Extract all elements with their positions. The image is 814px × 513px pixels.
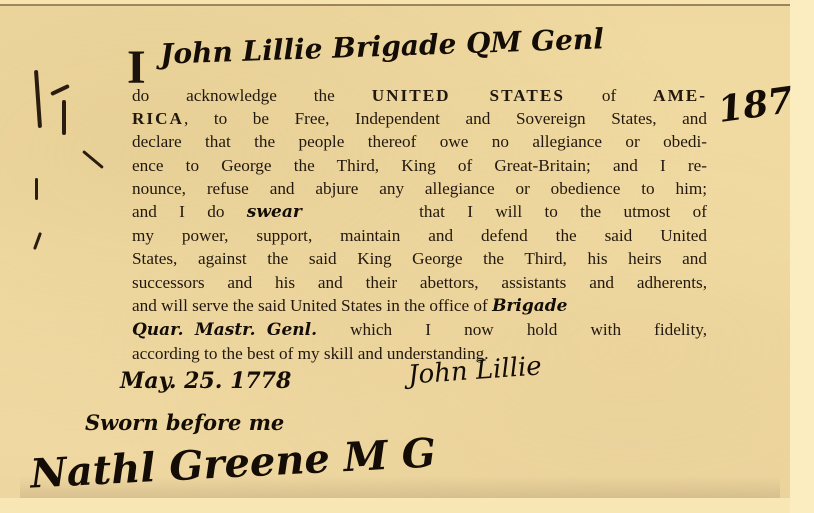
margin-ink-mark [35,178,38,200]
oath-text: do acknowledge the UNITED STATES of AME-… [132,84,707,365]
oath-line: successors and his and their abettors, a… [132,271,707,294]
oath-line: ence to George the Third, King of Great-… [132,154,707,177]
oath-line: do acknowledge the UNITED STATES of AME- [132,84,707,107]
date: May. 25. 1778 [120,368,291,394]
sworn-before-text: Sworn before me [85,410,284,435]
oath-line: Quar. Mastr. Genl. which I now hold with… [132,318,707,342]
oath-line: and I do swear that I will to the utmost… [132,200,707,224]
oath-line: my power, support, maintain and defend t… [132,224,707,247]
handwritten-swear: swear [247,201,397,224]
handwritten-office-title: Quar. Mastr. Genl. [132,319,317,342]
page-bottom-edge [0,498,790,513]
oath-line: nounce, refuse and abjure any allegiance… [132,177,707,200]
oath-line: declare that the people thereof owe no a… [132,130,707,153]
oath-line: RICA, to be Free, Independent and Sovere… [132,107,707,130]
margin-ink-mark [62,100,66,135]
handwritten-office: Brigade [492,295,567,318]
oath-line: States, against the said King George the… [132,247,707,270]
oath-line: and will serve the said United States in… [132,294,707,318]
page-edge [790,0,814,513]
